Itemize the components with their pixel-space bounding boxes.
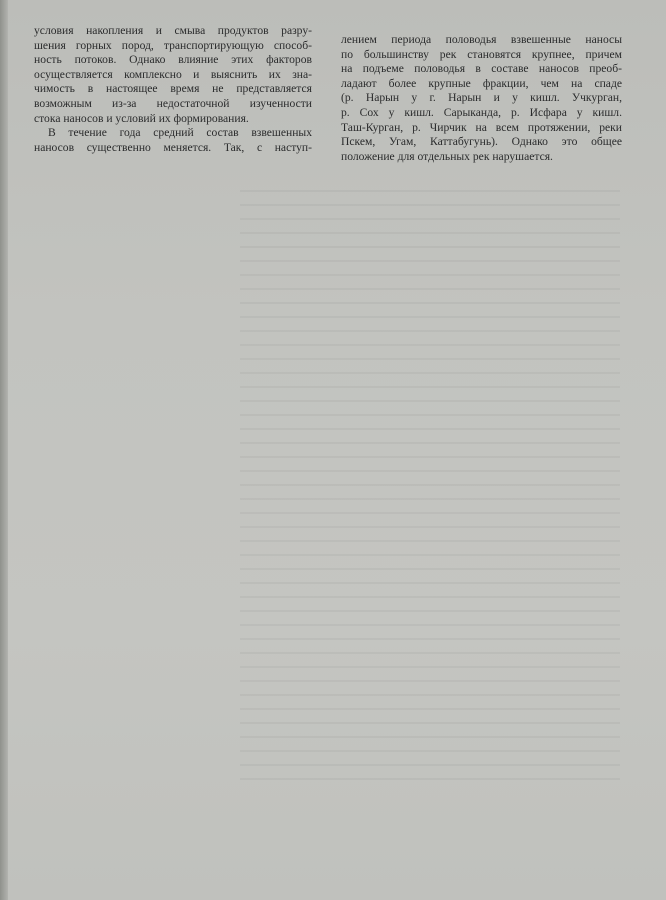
text-line: р. Сох у кишл. Сарыканда, р. Исфара у ки… [341, 106, 622, 121]
text-line: условия накопления и смыва продуктов раз… [34, 24, 312, 39]
right-text-column: лением периода половодья взвешенные нано… [341, 33, 622, 164]
text-line: ность потоков. Однако влияние этих факто… [34, 53, 312, 68]
text-line: осуществляется комплексно и выяснить их … [34, 68, 312, 83]
text-line: положение для отдельных рек нарушается. [341, 150, 622, 165]
text-line: на подъеме половодья в составе наносов п… [341, 62, 622, 77]
text-line: лением периода половодья взвешенные нано… [341, 33, 622, 48]
text-line: шения горных пород, транспортирующую спо… [34, 39, 312, 54]
text-line: по большинству рек становятся крупнее, п… [341, 48, 622, 63]
text-line: чимость в настоящее время не представляе… [34, 82, 312, 97]
paragraph-2: В течение года средний состав взвешенных… [34, 126, 312, 155]
paragraph-1: условия накопления и смыва продуктов раз… [34, 24, 312, 126]
page-edge-shadow [0, 0, 8, 900]
text-line: Пскем, Угам, Каттабугунь). Однако это об… [341, 135, 622, 150]
text-line: (р. Нарын у г. Нарын и у кишл. Учкурган, [341, 91, 622, 106]
text-line: В течение года средний состав взвешенных [34, 126, 312, 141]
left-text-column: условия накопления и смыва продуктов раз… [34, 24, 312, 155]
text-line: возможным из-за недостаточной изученност… [34, 97, 312, 112]
bleed-through-texture [240, 190, 620, 790]
text-line: стока наносов и условий их формирования. [34, 112, 312, 127]
paragraph-3: лением периода половодья взвешенные нано… [341, 33, 622, 164]
text-line: наносов существенно меняется. Так, с нас… [34, 141, 312, 156]
text-line: ладают более крупные фракции, чем на спа… [341, 77, 622, 92]
text-line: Таш-Курган, р. Чирчик на всем протяжении… [341, 121, 622, 136]
